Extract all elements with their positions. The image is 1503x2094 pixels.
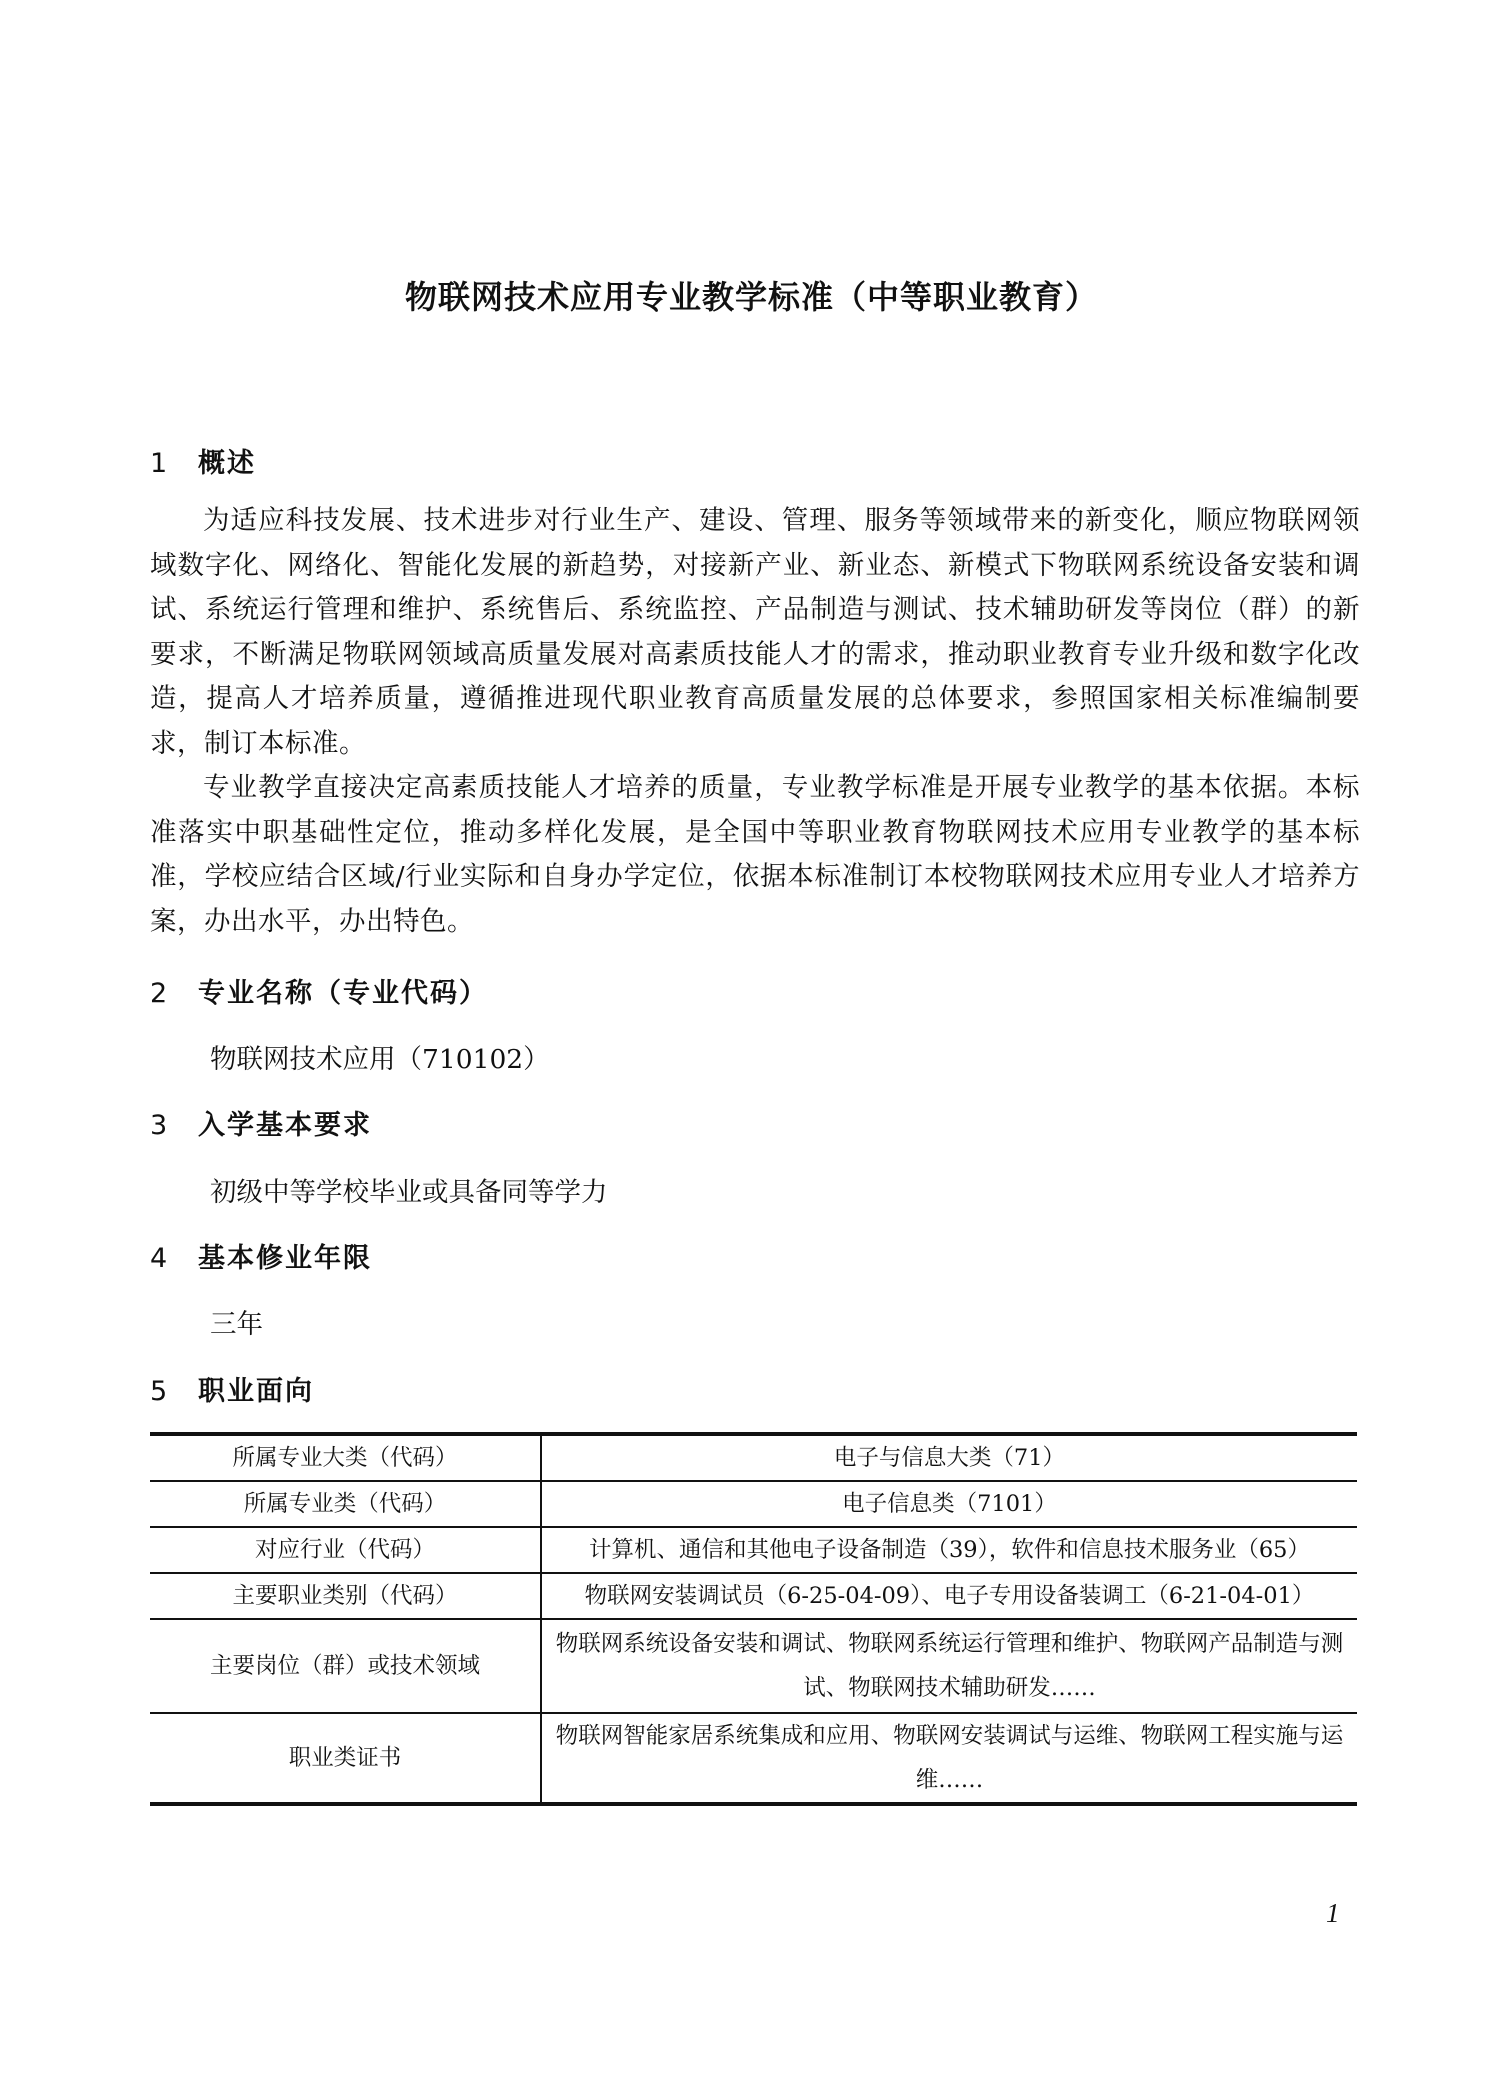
section-number: 1 (150, 448, 198, 479)
table-row: 所属专业类（代码） 电子信息类（7101） (150, 1481, 1357, 1527)
section-title: 基本修业年限 (198, 1243, 372, 1274)
table-value: 电子与信息大类（71） (541, 1434, 1357, 1481)
section-number: 3 (150, 1110, 198, 1141)
table-value: 电子信息类（7101） (541, 1481, 1357, 1527)
table-row: 所属专业大类（代码） 电子与信息大类（71） (150, 1434, 1357, 1481)
section-heading-career: 5职业面向 (150, 1369, 314, 1408)
section-heading-major-name: 2专业名称（专业代码） (150, 971, 488, 1010)
admission-value: 初级中等学校毕业或具备同等学力 (210, 1170, 608, 1209)
section-number: 2 (150, 978, 198, 1009)
table-key: 职业类证书 (150, 1713, 541, 1804)
section-heading-admission: 3入学基本要求 (150, 1103, 372, 1142)
overview-paragraph-2: 专业教学直接决定高素质技能人才培养的质量，专业教学标准是开展专业教学的基本依据。… (150, 766, 1360, 944)
page-number: 1 (1326, 1898, 1340, 1929)
table-key: 主要岗位（群）或技术领域 (150, 1619, 541, 1713)
major-name-value: 物联网技术应用（710102） (210, 1037, 550, 1076)
section-number: 4 (150, 1243, 198, 1274)
table-value: 物联网系统设备安装和调试、物联网系统运行管理和维护、物联网产品制造与测试、物联网… (541, 1619, 1357, 1713)
section-heading-duration: 4基本修业年限 (150, 1236, 372, 1275)
overview-paragraph-1: 为适应科技发展、技术进步对行业生产、建设、管理、服务等领域带来的新变化，顺应物联… (150, 499, 1360, 766)
section-heading-overview: 1概述 (150, 441, 256, 480)
table-value: 物联网安装调试员（6-25-04-09）、电子专用设备装调工（6-21-04-0… (541, 1573, 1357, 1619)
table-row: 主要职业类别（代码） 物联网安装调试员（6-25-04-09）、电子专用设备装调… (150, 1573, 1357, 1619)
table-row: 对应行业（代码） 计算机、通信和其他电子设备制造（39），软件和信息技术服务业（… (150, 1527, 1357, 1573)
table-row: 主要岗位（群）或技术领域 物联网系统设备安装和调试、物联网系统运行管理和维护、物… (150, 1619, 1357, 1713)
table-key: 主要职业类别（代码） (150, 1573, 541, 1619)
table-value: 物联网智能家居系统集成和应用、物联网安装调试与运维、物联网工程实施与运维…… (541, 1713, 1357, 1804)
document-title: 物联网技术应用专业教学标准（中等职业教育） (0, 272, 1503, 318)
section-title: 专业名称（专业代码） (198, 978, 488, 1009)
table-key: 所属专业大类（代码） (150, 1434, 541, 1481)
career-orientation-table: 所属专业大类（代码） 电子与信息大类（71） 所属专业类（代码） 电子信息类（7… (150, 1432, 1357, 1806)
duration-value: 三年 (210, 1302, 263, 1341)
table-value: 计算机、通信和其他电子设备制造（39），软件和信息技术服务业（65） (541, 1527, 1357, 1573)
table-key: 对应行业（代码） (150, 1527, 541, 1573)
section-number: 5 (150, 1376, 198, 1407)
section-title: 入学基本要求 (198, 1110, 372, 1141)
section-title: 职业面向 (198, 1376, 314, 1407)
section-title: 概述 (198, 448, 256, 479)
table-key: 所属专业类（代码） (150, 1481, 541, 1527)
table-row: 职业类证书 物联网智能家居系统集成和应用、物联网安装调试与运维、物联网工程实施与… (150, 1713, 1357, 1804)
